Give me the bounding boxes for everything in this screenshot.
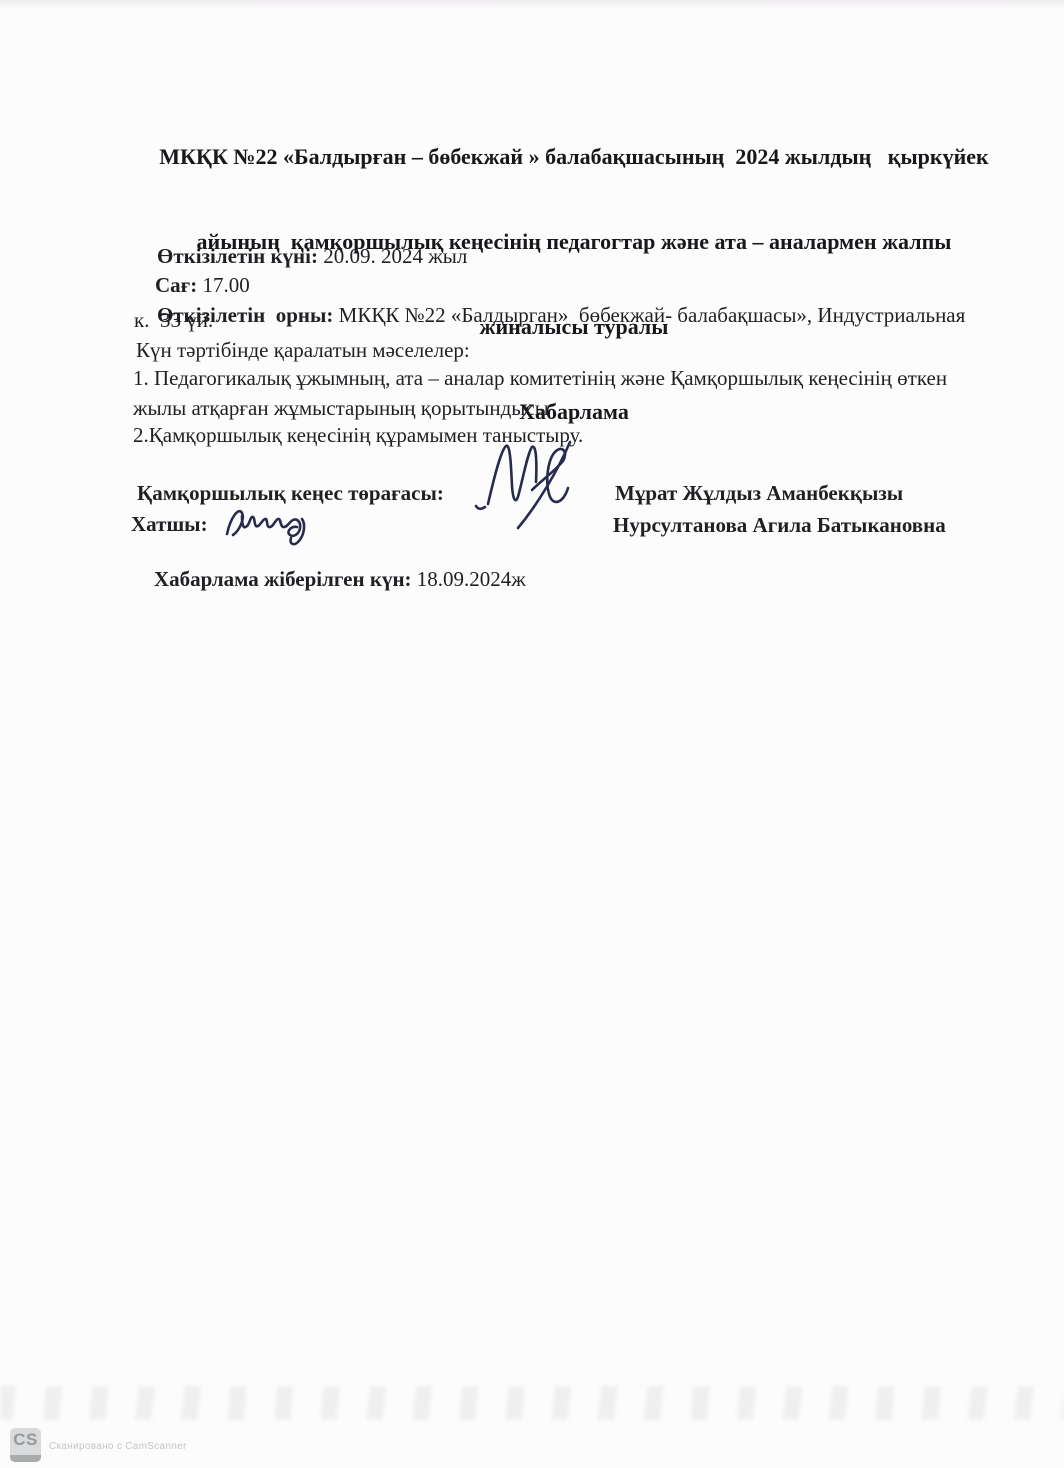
chair-name: Мұрат Жұлдыз Аманбекқызы — [615, 481, 903, 505]
scan-noise-bottom-band — [0, 1386, 1064, 1420]
chair-signature — [466, 436, 596, 532]
meeting-date-value: 20.09. 2024 жыл — [318, 244, 467, 268]
scanned-notice-document: МКҚК №22 «Балдырған – бөбекжай » балабақ… — [0, 0, 1064, 1468]
agenda-item-1-line-2: жылы атқарған жұмыстарының қорытындысы — [133, 396, 549, 420]
notice-sent-date-value: 18.09.2024ж — [412, 567, 526, 591]
notice-title-line-1: МКҚК №22 «Балдырған – бөбекжай » балабақ… — [88, 140, 1060, 173]
camscanner-logo: CS — [10, 1428, 41, 1462]
meeting-place-value: МКҚК №22 «Балдырган» бөбекжай- балабақша… — [333, 303, 965, 327]
secretary-signature — [220, 501, 330, 547]
notice-sent-date-label: Хабарлама жіберілген күн: — [154, 567, 412, 591]
agenda-heading: Күн тәртібінде қаралатын мәселелер: — [136, 338, 470, 362]
camscanner-caption: Сканировано с CamScanner — [49, 1441, 187, 1452]
meeting-place-line-2: к. 33 үй. — [134, 308, 213, 332]
secretary-name: Нурсултанова Агила Батыкановна — [613, 513, 946, 537]
notice-sent-date-line: Хабарлама жіберілген күн: 18.09.2024ж — [133, 543, 526, 615]
agenda-item-1-line-1: 1. Педагогикалық ұжымның, ата – аналар к… — [133, 366, 947, 390]
camscanner-logo-letters: CS — [10, 1430, 41, 1450]
scan-noise-top-band — [0, 0, 1064, 10]
camscanner-logo-bar — [10, 1455, 41, 1462]
secretary-role-label: Хатшы: — [131, 512, 208, 536]
